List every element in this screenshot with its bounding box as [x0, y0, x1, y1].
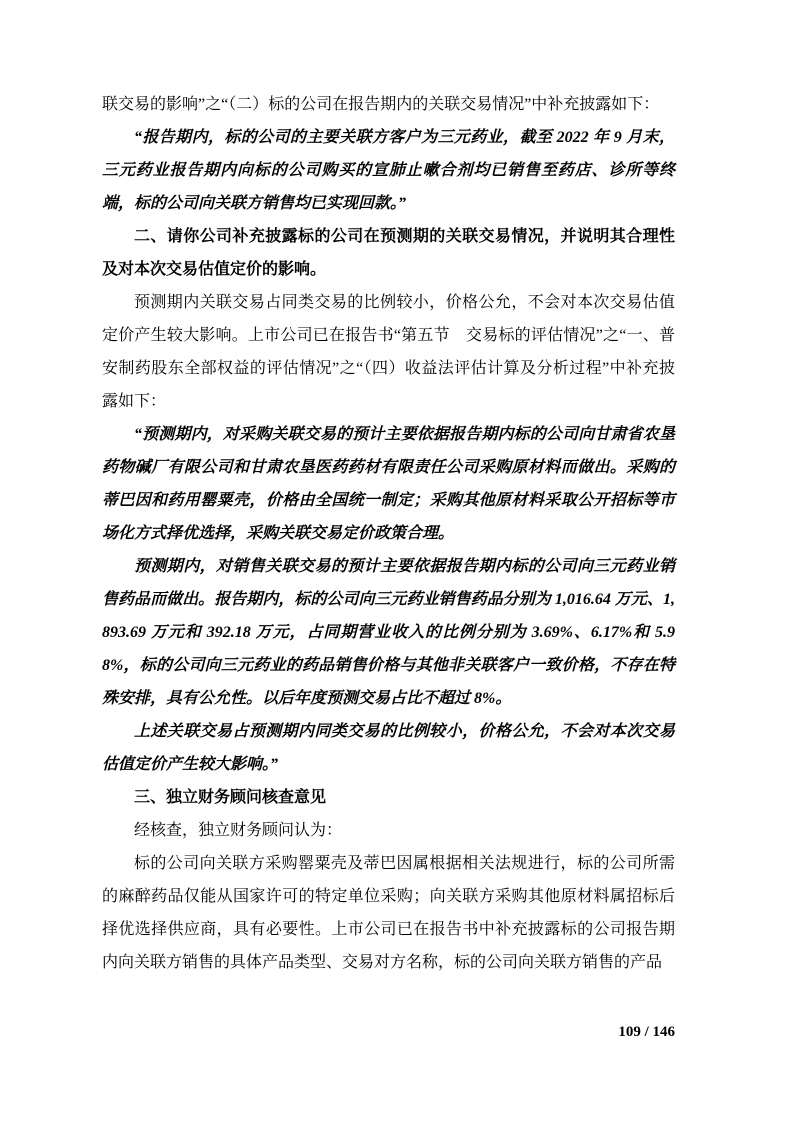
page-number: 109 / 146	[618, 1022, 675, 1042]
quote-paragraph-conclusion: 上述关联交易占预测期内同类交易的比例较小，价格公允，不会对本次交易估值定价产生较…	[102, 715, 675, 781]
quote-paragraph-purchase-related-transactions: “预测期内，对采购关联交易的预计主要依据报告期内标的公司向甘肃省农垦药物碱厂有限…	[102, 418, 675, 550]
quote-paragraph-report-period-sales: “报告期内，标的公司的主要关联方客户为三元药业，截至 2022 年 9 月末，三…	[102, 121, 675, 220]
quote-paragraph-sales-related-transactions: 预测期内，对销售关联交易的预计主要依据报告期内标的公司向三元药业销售药品而做出。…	[102, 550, 675, 715]
section-heading-advisor-opinion: 三、独立财务顾问核查意见	[102, 781, 675, 814]
section-heading-question-2: 二、请你公司补充披露标的公司在预测期的关联交易情况，并说明其合理性及对本次交易估…	[102, 220, 675, 286]
paragraph-advisor-opinion-body: 标的公司向关联方采购罂粟壳及蒂巴因属根据相关法规进行，标的公司所需的麻醉药品仅能…	[102, 847, 675, 979]
paragraph-advisor-intro: 经核查，独立财务顾问认为：	[102, 814, 675, 847]
paragraph-continuation: 联交易的影响”之“（二）标的公司在报告期内的关联交易情况”中补充披露如下：	[102, 88, 675, 121]
paragraph-forecast-response: 预测期内关联交易占同类交易的比例较小，价格公允，不会对本次交易估值定价产生较大影…	[102, 286, 675, 418]
document-page: 联交易的影响”之“（二）标的公司在报告期内的关联交易情况”中补充披露如下： “报…	[0, 0, 793, 1122]
document-body: 联交易的影响”之“（二）标的公司在报告期内的关联交易情况”中补充披露如下： “报…	[102, 88, 675, 979]
